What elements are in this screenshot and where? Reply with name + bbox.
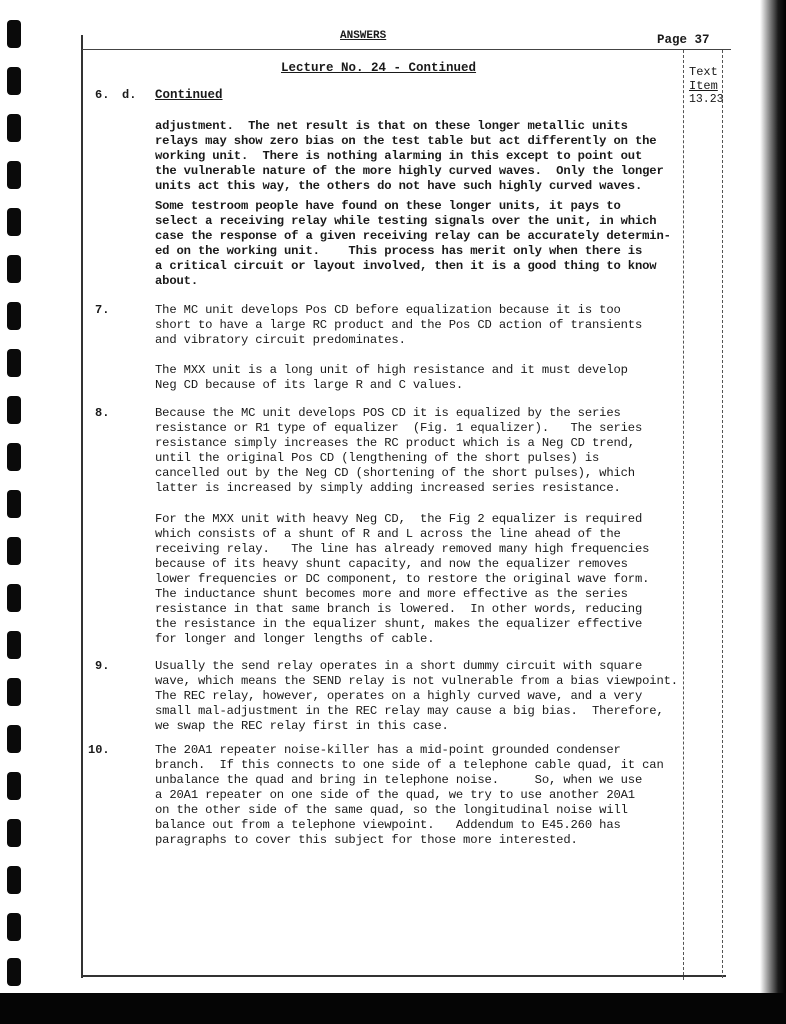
answer-paragraph: The 20A1 repeater noise-killer has a mid… <box>155 743 664 848</box>
item-number: 7. <box>95 303 109 317</box>
item-number: 8. <box>95 406 109 420</box>
sidebar-divider <box>683 50 685 980</box>
answer-paragraph: The MC unit develops Pos CD before equal… <box>155 303 642 348</box>
binder-hole <box>7 490 21 518</box>
answer-paragraph: Some testroom people have found on these… <box>155 199 671 289</box>
answer-paragraph: Usually the send relay operates in a sho… <box>155 659 678 734</box>
lecture-title: Lecture No. 24 - Continued <box>281 61 476 75</box>
frame-left-border <box>81 35 83 978</box>
binder-hole <box>7 725 21 753</box>
frame-right-border <box>722 50 724 978</box>
binder-hole <box>7 772 21 800</box>
text-item-sublabel: Item <box>689 79 723 93</box>
item-sub-letter: d. <box>122 88 136 102</box>
binder-hole <box>7 67 21 95</box>
binder-hole <box>7 443 21 471</box>
item-number: 9. <box>95 659 109 673</box>
item-number: 6. <box>95 88 109 102</box>
answer-paragraph: The MXX unit is a long unit of high resi… <box>155 363 628 393</box>
binder-hole <box>7 631 21 659</box>
answer-paragraph: For the MXX unit with heavy Neg CD, the … <box>155 512 649 647</box>
binder-hole <box>7 208 21 236</box>
binder-hole <box>7 819 21 847</box>
binder-hole <box>7 114 21 142</box>
answer-paragraph: adjustment. The net result is that on th… <box>155 119 664 194</box>
binder-hole <box>7 161 21 189</box>
text-item-number: 13.23 <box>689 93 723 107</box>
text-item-reference: Text Item 13.23 <box>689 65 723 107</box>
page-number: Page 37 <box>657 33 710 47</box>
item-subtitle: Continued <box>155 88 223 102</box>
binder-hole <box>7 302 21 330</box>
answer-paragraph: Because the MC unit develops POS CD it i… <box>155 406 642 496</box>
scanner-shadow-right <box>760 0 786 1024</box>
section-heading: ANSWERS <box>340 30 386 42</box>
binder-hole <box>7 349 21 377</box>
item-number: 10. <box>88 743 110 757</box>
binder-hole <box>7 537 21 565</box>
frame-top-border <box>82 49 731 50</box>
text-item-label: Text <box>689 65 718 79</box>
binder-hole <box>7 255 21 283</box>
frame-bottom-border <box>83 975 726 977</box>
binder-hole <box>7 678 21 706</box>
binder-hole <box>7 20 21 48</box>
binder-hole <box>7 584 21 612</box>
binder-hole <box>7 866 21 894</box>
binder-hole <box>7 396 21 424</box>
binder-hole <box>7 958 21 986</box>
scanner-shadow-bottom <box>0 993 786 1024</box>
binder-hole <box>7 913 21 941</box>
